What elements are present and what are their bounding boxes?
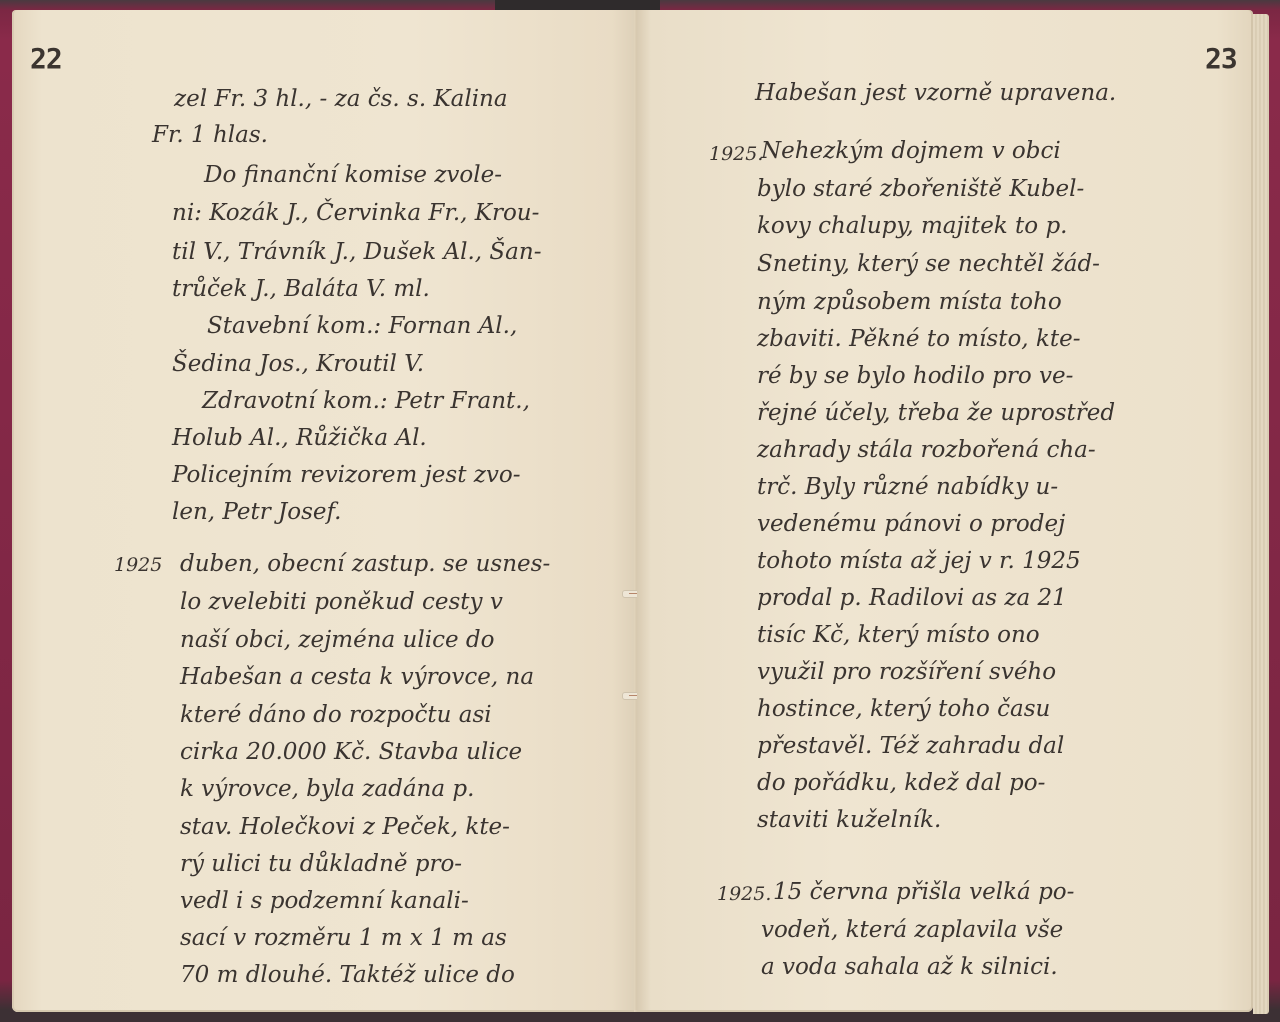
text-line: Šedina Jos., Kroutil V.: [172, 353, 424, 376]
text-line: vedenému pánovi o prodej: [757, 513, 1065, 536]
text-line: které dáno do rozpočtu asi: [180, 704, 492, 727]
text-line: a voda sahala až k silnici.: [761, 956, 1058, 979]
text-line: prodal p. Radilovi as za 21: [757, 587, 1067, 610]
page-number-left: 22: [30, 42, 62, 75]
text-line: zbaviti. Pěkné to místo, kte-: [757, 328, 1081, 351]
text-line: 70 m dlouhé. Taktéž ulice do: [180, 964, 515, 987]
text-line: trůček J., Baláta V. ml.: [172, 278, 430, 301]
text-line: til V., Trávník J., Dušek Al., Šan-: [172, 241, 541, 264]
entry-year: 1925.: [717, 883, 771, 905]
text-line: tohoto místa až jej v r. 1925: [757, 550, 1081, 573]
text-line: zahrady stála rozbořená cha-: [757, 439, 1096, 462]
text-line: Fr. 1 hlas.: [152, 124, 268, 147]
left-page: 22 zel Fr. 3 hl., - za čs. s. Kalina Fr.…: [12, 10, 637, 1012]
text-line: Snetiny, který se nechtěl žád-: [757, 253, 1100, 276]
entry-year: 1925.: [709, 143, 763, 165]
text-line: ni: Kozák J., Červinka Fr., Krou-: [172, 202, 539, 225]
text-line: vodeň, která zaplavila vše: [761, 919, 1063, 942]
text-line: tisíc Kč, který místo ono: [757, 624, 1040, 647]
text-line: 15 června přišla velká po-: [773, 881, 1074, 904]
text-line: lo zvelebiti poněkud cesty v: [180, 591, 503, 614]
text-line: rý ulici tu důkladně pro-: [180, 853, 462, 876]
text-line: využil pro rozšíření svého: [757, 661, 1056, 684]
text-line: stav. Holečkovi z Peček, kte-: [180, 816, 510, 839]
text-line: Stavební kom.: Fornan Al.,: [207, 315, 517, 338]
text-line: bylo staré zbořeniště Kubel-: [757, 178, 1084, 201]
text-line: Nehezkým dojmem v obci: [761, 140, 1061, 163]
page-edges: [1253, 14, 1269, 1014]
text-line: naší obci, zejména ulice do: [180, 629, 494, 652]
text-line: trč. Byly různé nabídky u-: [757, 476, 1058, 499]
text-line: sací v rozměru 1 m x 1 m as: [180, 927, 507, 950]
text-line: přestavěl. Též zahradu dal: [757, 735, 1064, 758]
text-line: Policejním revizorem jest zvo-: [172, 464, 521, 487]
text-line: k výrovce, byla zadána p.: [180, 778, 474, 801]
text-line: Habešan a cesta k výrovce, na: [180, 666, 534, 689]
text-line: ré by se bylo hodilo pro ve-: [757, 365, 1073, 388]
text-line: Do finanční komise zvole-: [204, 164, 502, 187]
text-line: řejné účely, třeba že uprostřed: [757, 402, 1115, 425]
text-line: kovy chalupy, majitek to p.: [757, 215, 1068, 238]
text-line: Holub Al., Růžička Al.: [172, 427, 427, 450]
text-line: Habešan jest vzorně upravena.: [755, 82, 1116, 105]
text-line: staviti kuželník.: [757, 809, 941, 832]
text-line: ným způsobem místa toho: [757, 291, 1062, 314]
text-line: hostince, který toho času: [757, 698, 1050, 721]
right-page: 23 Habešan jest vzorně upravena. 1925. N…: [637, 10, 1253, 1012]
text-line: zel Fr. 3 hl., - za čs. s. Kalina: [174, 88, 508, 111]
text-line: do pořádku, kdež dal po-: [757, 772, 1045, 795]
text-line: duben, obecní zastup. se usnes-: [180, 553, 550, 576]
page-number-right: 23: [1205, 42, 1237, 75]
text-line: len, Petr Josef.: [172, 501, 342, 524]
entry-year: 1925: [114, 554, 162, 576]
text-line: vedl i s podzemní kanali-: [180, 890, 469, 913]
cover-spine-shadow: [495, 0, 660, 10]
text-line: cirka 20.000 Kč. Stavba ulice: [180, 741, 522, 764]
text-line: Zdravotní kom.: Petr Frant.,: [202, 390, 530, 413]
